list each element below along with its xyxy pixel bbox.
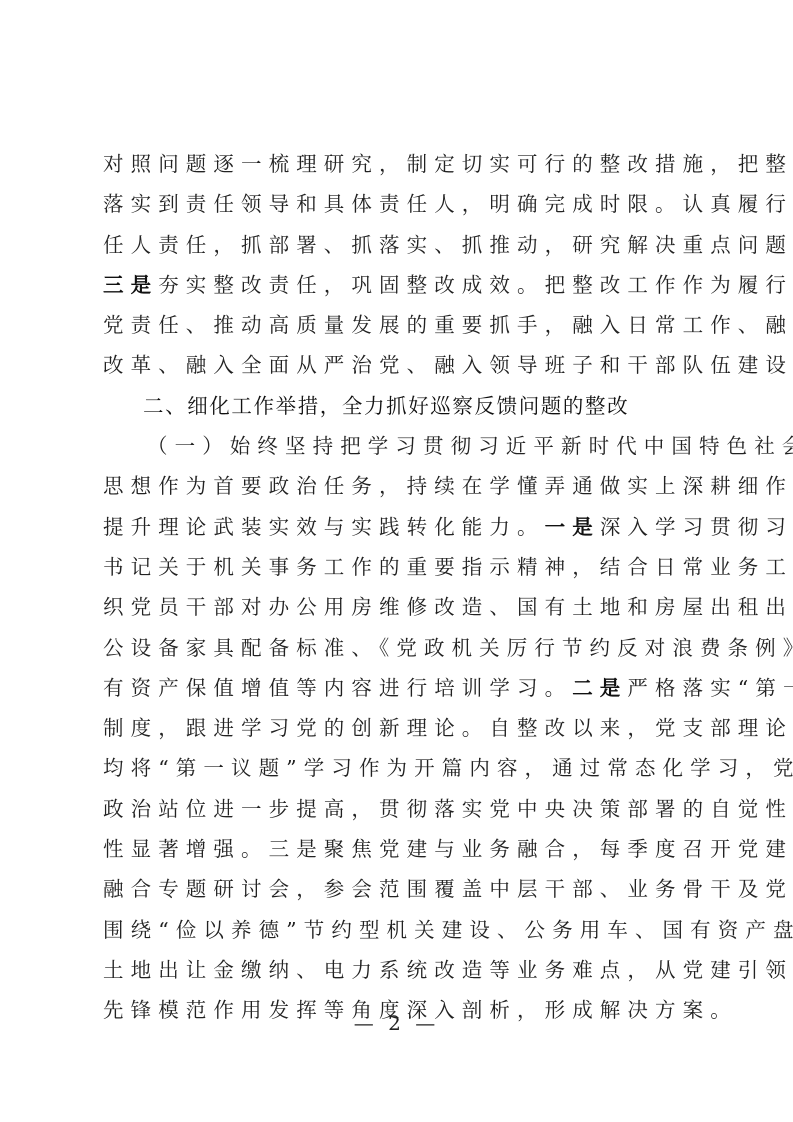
paragraph-line: 有资产保值增值等内容进行培训学习。二是严格落实“第一议题”: [103, 668, 695, 708]
text-run: 思想作为首要政治任务，持续在学懂弄通做实上深耕细作，不断: [103, 474, 793, 498]
paragraph-line: 任人责任，抓部署、抓落实、抓推动，研究解决重点问题整改。: [103, 225, 695, 265]
paragraph-line: 性显著增强。三是聚焦党建与业务融合，每季度召开党建与业务: [103, 829, 695, 869]
paragraph-line: 对照问题逐一梳理研究，制定切实可行的整改措施，把整改事项: [103, 144, 695, 184]
text-run: 政治站位进一步提高，贯彻落实党中央决策部署的自觉性和坚定: [103, 797, 793, 821]
document-body: 对照问题逐一梳理研究，制定切实可行的整改措施，把整改事项落实到责任领导和具体责任…: [103, 144, 695, 1031]
paragraph-line: 公设备家具配备标准、《党政机关厉行节约反对浪费条例》、国: [103, 628, 695, 668]
paragraph-line: 书记关于机关事务工作的重要指示精神，结合日常业务工作，组: [103, 547, 695, 587]
text-run: 深入学习贯彻习近平总: [600, 515, 793, 539]
page-number: — 2 —: [0, 1011, 793, 1035]
paragraph-line: 政治站位进一步提高，贯彻落实党中央决策部署的自觉性和坚定: [103, 789, 695, 829]
text-run: 织党员干部对办公用房维修改造、国有土地和房屋出租出借、办: [103, 595, 793, 619]
text-run: （一）始终坚持把学习贯彻习近平新时代中国特色社会主义: [147, 434, 793, 458]
paragraph-line: 党责任、推动高质量发展的重要抓手，融入日常工作、融入深化: [103, 305, 695, 345]
text-run: 土地出让金缴纳、电力系统改造等业务难点，从党建引领、党员: [103, 958, 793, 982]
text-run: 任人责任，抓部署、抓落实、抓推动，研究解决重点问题整改。: [103, 233, 793, 257]
text-run: 围绕“俭以养德”节约型机关建设、公务用车、国有资产盘活利用、: [103, 918, 793, 942]
paragraph-line: 围绕“俭以养德”节约型机关建设、公务用车、国有资产盘活利用、: [103, 910, 695, 950]
paragraph-line: 土地出让金缴纳、电力系统改造等业务难点，从党建引领、党员: [103, 950, 695, 990]
paragraph-line: 织党员干部对办公用房维修改造、国有土地和房屋出租出借、办: [103, 587, 695, 627]
paragraph-line: 提升理论武装实效与实践转化能力。一是深入学习贯彻习近平总: [103, 507, 695, 547]
text-run: 夯实整改责任，巩固整改成效。把整改工作作为履行管党治: [158, 273, 793, 297]
emphasis-keyword: 一是: [545, 515, 600, 539]
section-heading: 二、细化工作举措，全力抓好巡察反馈问题的整改: [103, 386, 695, 426]
text-run: 有资产保值增值等内容进行培训学习。: [103, 676, 572, 700]
paragraph-line: 均将“第一议题”学习作为开篇内容，通过常态化学习，党员干部: [103, 748, 695, 788]
text-run: 落实到责任领导和具体责任人，明确完成时限。认真履行第一责: [103, 192, 793, 216]
text-run: 二、细化工作举措，全力抓好巡察反馈问题的整改: [143, 394, 629, 418]
text-run: 严格落实“第一议题”: [627, 676, 793, 700]
text-run: 公设备家具配备标准、《党政机关厉行节约反对浪费条例》、国: [103, 636, 793, 660]
text-run: 书记关于机关事务工作的重要指示精神，结合日常业务工作，组: [103, 555, 793, 579]
paragraph-line: 三是夯实整改责任，巩固整改成效。把整改工作作为履行管党治: [103, 265, 695, 305]
text-run: 融合专题研讨会，参会范围覆盖中层干部、业务骨干及党员代表，: [103, 877, 793, 901]
paragraph-line: 思想作为首要政治任务，持续在学懂弄通做实上深耕细作，不断: [103, 466, 695, 506]
paragraph-line: （一）始终坚持把学习贯彻习近平新时代中国特色社会主义: [103, 426, 695, 466]
text-run: 均将“第一议题”学习作为开篇内容，通过常态化学习，党员干部: [103, 756, 793, 780]
text-run: 党责任、推动高质量发展的重要抓手，融入日常工作、融入深化: [103, 313, 793, 337]
paragraph-line: 落实到责任领导和具体责任人，明确完成时限。认真履行第一责: [103, 184, 695, 224]
text-run: 性显著增强。三是聚焦党建与业务融合，每季度召开党建与业务: [103, 837, 793, 861]
text-run: 制度，跟进学习党的创新理论。自整改以来，党支部理论学习时，: [103, 716, 793, 740]
paragraph-line: 改革、融入全面从严治党、融入领导班子和干部队伍建设。: [103, 345, 695, 385]
emphasis-keyword: 二是: [572, 676, 627, 700]
emphasis-keyword: 三是: [103, 273, 158, 297]
text-run: 改革、融入全面从严治党、融入领导班子和干部队伍建设。: [103, 353, 793, 377]
paragraph-line: 融合专题研讨会，参会范围覆盖中层干部、业务骨干及党员代表，: [103, 869, 695, 909]
paragraph-line: 制度，跟进学习党的创新理论。自整改以来，党支部理论学习时，: [103, 708, 695, 748]
text-run: 对照问题逐一梳理研究，制定切实可行的整改措施，把整改事项: [103, 152, 793, 176]
text-run: 提升理论武装实效与实践转化能力。: [103, 515, 545, 539]
